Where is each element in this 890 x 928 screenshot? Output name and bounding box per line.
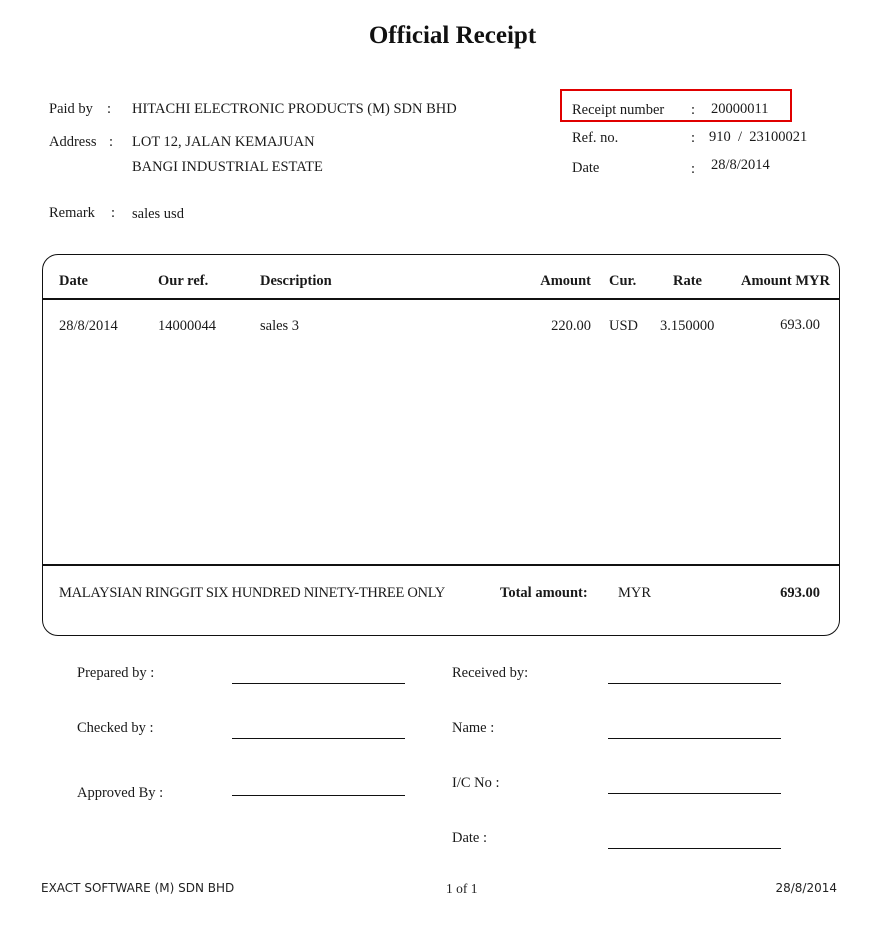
- receipt-number-label: Receipt number: [572, 102, 664, 119]
- col-amount: Amount: [540, 273, 591, 290]
- prepared-by-label: Prepared by :: [77, 665, 154, 682]
- footer-company: EXACT SOFTWARE (M) SDN BHD: [41, 881, 234, 895]
- total-divider: [42, 564, 840, 566]
- remark-value: sales usd: [132, 206, 184, 223]
- page-title: Official Receipt: [0, 22, 890, 50]
- footer-date: 28/8/2014: [775, 881, 837, 895]
- prepared-by-line: [232, 683, 405, 684]
- name-line: [608, 738, 781, 739]
- table-header-divider: [42, 298, 840, 300]
- row-amount-myr: 693.00: [780, 317, 820, 334]
- remark-colon: :: [111, 205, 115, 222]
- col-currency: Cur.: [609, 273, 636, 290]
- total-in-words: MALAYSIAN RINGGIT SIX HUNDRED NINETY-THR…: [59, 585, 445, 602]
- ic-no-label: I/C No :: [452, 775, 500, 792]
- checked-by-label: Checked by :: [77, 720, 154, 737]
- receipt-number-value: 20000011: [711, 101, 768, 118]
- date-colon: :: [691, 161, 695, 178]
- footer-page: 1 of 1: [446, 881, 478, 897]
- col-date: Date: [59, 273, 88, 290]
- row-rate: 3.150000: [660, 318, 714, 335]
- address-label: Address: [49, 134, 97, 151]
- row-description: sales 3: [260, 318, 299, 335]
- col-rate: Rate: [673, 273, 702, 290]
- received-by-line: [608, 683, 781, 684]
- row-date: 28/8/2014: [59, 318, 118, 335]
- paid-by-colon: :: [107, 101, 111, 118]
- row-amount: 220.00: [551, 318, 591, 335]
- date-label: Date: [572, 160, 599, 177]
- line-items-panel: [42, 254, 840, 636]
- total-value: 693.00: [780, 585, 820, 602]
- col-amount-myr: Amount MYR: [741, 273, 830, 290]
- total-currency: MYR: [618, 585, 651, 602]
- row-our-ref: 14000044: [158, 318, 216, 335]
- remark-label: Remark: [49, 205, 95, 222]
- ref-no-value: 910 / 23100021: [709, 129, 807, 146]
- sign-date-line: [608, 848, 781, 849]
- col-our-ref: Our ref.: [158, 273, 208, 290]
- receipt-number-colon: :: [691, 102, 695, 119]
- address-line-1: LOT 12, JALAN KEMAJUAN: [132, 134, 315, 151]
- col-description: Description: [260, 273, 332, 290]
- ref-no-colon: :: [691, 130, 695, 147]
- paid-by-label: Paid by: [49, 101, 93, 118]
- name-label: Name :: [452, 720, 494, 737]
- checked-by-line: [232, 738, 405, 739]
- received-by-label: Received by:: [452, 665, 528, 682]
- sign-date-label: Date :: [452, 830, 487, 847]
- total-label: Total amount:: [500, 585, 588, 602]
- paid-by-value: HITACHI ELECTRONIC PRODUCTS (M) SDN BHD: [132, 101, 457, 118]
- approved-by-line: [232, 795, 405, 796]
- address-line-2: BANGI INDUSTRIAL ESTATE: [132, 159, 323, 176]
- address-colon: :: [109, 134, 113, 151]
- ic-no-line: [608, 793, 781, 794]
- date-value: 28/8/2014: [711, 157, 770, 174]
- ref-no-label: Ref. no.: [572, 130, 618, 147]
- row-currency: USD: [609, 318, 638, 335]
- approved-by-label: Approved By :: [77, 785, 163, 802]
